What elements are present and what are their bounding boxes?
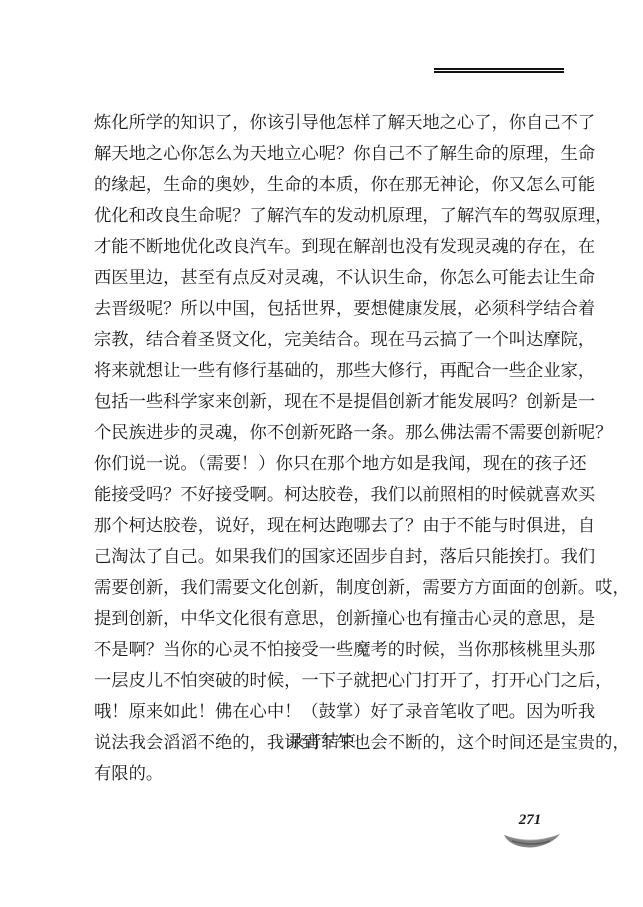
header-double-rule [434,68,564,73]
page-number: 271 [510,812,550,829]
text-line: 将来就想让一些有修行基础的，那些大修行，再配合一些企业家， [94,356,570,387]
text-line: 提到创新，中华文化很有意思，创新撞心也有撞击心灵的意思，是 [94,604,570,635]
text-line: 需要创新，我们需要文化创新，制度创新，需要方方面面的创新。哎， [94,573,570,604]
text-line: 那个柯达胶卷，说好，现在柯达跑哪去了？由于不能与时俱进，自 [94,511,570,542]
text-line: 不是啊？当你的心灵不怕接受一些魔考的时候，当你那核桃里头那 [94,635,570,666]
text-line: 宗教，结合着圣贤文化，完美结合。现在马云搞了一个叫达摩院， [94,325,570,356]
text-line: 才能不断地优化改良汽车。到现在解剖也没有发现灵魂的存在，在 [94,232,570,263]
text-line: 能接受吗？不好接受啊。柯达胶卷，我们以前照相的时候就喜欢买 [94,480,570,511]
text-line: 解天地之心你怎么为天地立心呢？你自己不了解生命的原理，生命 [94,139,570,170]
text-line: 去晋级呢？所以中国，包括世界，要想健康发展，必须科学结合着 [94,294,570,325]
recording-end-label: 录音结束 [0,727,643,758]
text-line: 己淘汰了自己。如果我们的国家还固步自封，落后只能挨打。我们 [94,542,570,573]
text-line: 的缘起，生命的奥妙，生命的本质，你在那无神论，你又怎么可能 [94,170,570,201]
text-line: 个民族进步的灵魂，你不创新死路一条。那么佛法需不需要创新呢？ [94,418,570,449]
text-line: 有限的。 [94,759,570,790]
body-text: 炼化所学的知识了，你该引导他怎样了解天地之心了，你自己不了 解天地之心你怎么为天… [94,108,570,790]
text-line: 西医里边，甚至有点反对灵魂，不认识生命，你怎么可能去让生命 [94,263,570,294]
brushstroke-ornament-icon [502,832,562,852]
text-line: 炼化所学的知识了，你该引导他怎样了解天地之心了，你自己不了 [94,108,570,139]
text-line: 包括一些科学家来创新，现在不是提倡创新才能发展吗？创新是一 [94,387,570,418]
text-line: 一层皮儿不怕突破的时候，一下子就把心门打开了，打开心门之后， [94,666,570,697]
text-line: 哦！原来如此！佛在心中！（鼓掌）好了录音笔收了吧。因为听我 [94,697,570,728]
text-line: 优化和改良生命呢？了解汽车的发动机原理，了解汽车的驾驭原理， [94,201,570,232]
text-line: 你们说一说。（需要！）你只在那个地方如是我闻，现在的孩子还 [94,449,570,480]
